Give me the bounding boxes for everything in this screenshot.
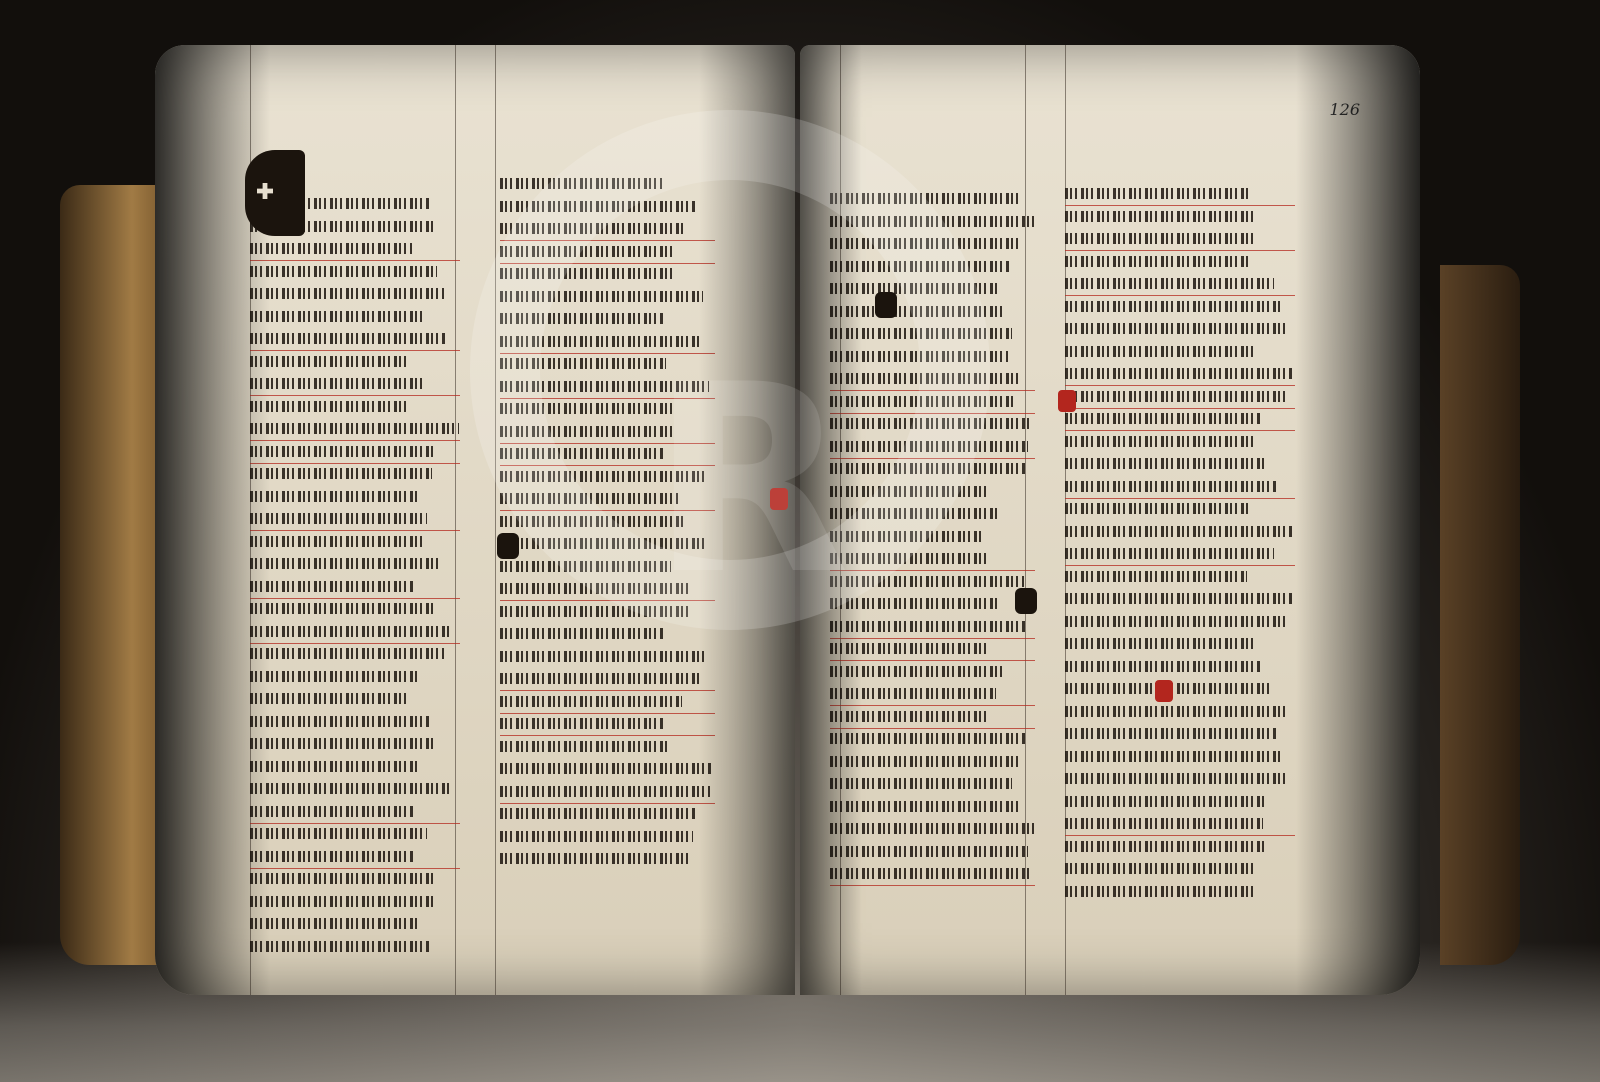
red-initial [1058,390,1076,412]
initial-letter [497,533,519,559]
red-initial [1155,680,1173,702]
decorated-initial-c [245,150,305,236]
page-edges-right [1440,265,1520,965]
watermark-letter: R [650,330,850,632]
initial-letter [1015,588,1037,614]
